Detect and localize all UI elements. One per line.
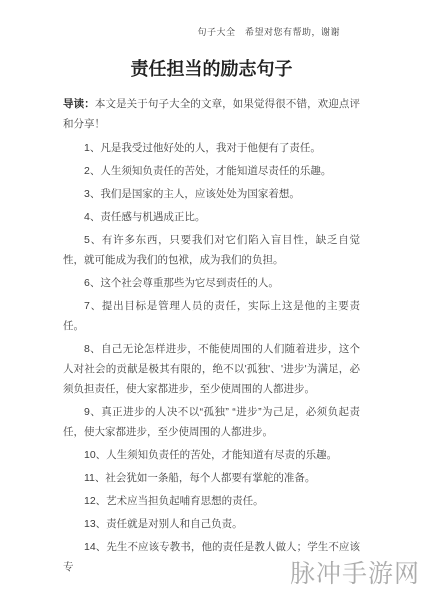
list-item: 1、凡是我受过他好处的人，我对于他便有了责任。 bbox=[63, 138, 360, 158]
list-item: 9、真正进步的人决不以“孤独” “进步”为己足，必须负起责任，使大家都进步，至少… bbox=[63, 402, 360, 442]
article-body: 导读：本文是关于句子大全的文章，如果觉得很不错，欢迎点评和分享！ 1、凡是我受过… bbox=[63, 95, 360, 577]
list-item: 4、责任感与机遇成正比。 bbox=[63, 207, 360, 227]
list-item: 11、社会犹如一条船，每个人都要有掌舵的准备。 bbox=[63, 468, 360, 488]
header-note: 句子大全 希望对您有帮助，谢谢 bbox=[197, 25, 340, 38]
page-title: 责任担当的励志句子 bbox=[0, 57, 423, 81]
intro-label: 导读： bbox=[63, 99, 95, 110]
intro-paragraph: 导读：本文是关于句子大全的文章，如果觉得很不错，欢迎点评和分享！ bbox=[63, 95, 360, 135]
list-item: 10、人生须知负责任的苦处，才能知道有尽责的乐趣。 bbox=[63, 445, 360, 465]
list-item: 12、艺术应当担负起哺育思想的责任。 bbox=[63, 491, 360, 511]
list-item: 7、提出目标是管理人员的责任，实际上这是他的主要责任。 bbox=[63, 296, 360, 336]
site-watermark: 脉冲手游网 bbox=[290, 554, 420, 590]
document-page: 句子大全 希望对您有帮助，谢谢 责任担当的励志句子 导读：本文是关于句子大全的文… bbox=[0, 0, 423, 600]
list-item: 3、我们是国家的主人，应该处处为国家着想。 bbox=[63, 184, 360, 204]
list-item: 13、责任就是对别人和自己负责。 bbox=[63, 514, 360, 534]
list-item: 8、自己无论怎样进步，不能使周围的人们随着进步，这个人对社会的贡献是极其有限的，… bbox=[63, 339, 360, 399]
list-item: 5、有许多东西，只要我们对它们陷入盲目性，缺乏自觉性，就可能成为我们的包袱，成为… bbox=[63, 230, 360, 270]
list-item: 2、人生须知负责任的苦处，才能知道尽责任的乐趣。 bbox=[63, 161, 360, 181]
intro-text: 本文是关于句子大全的文章，如果觉得很不错，欢迎点评和分享！ bbox=[63, 99, 360, 130]
list-item: 6、这个社会尊重那些为它尽到责任的人。 bbox=[63, 273, 360, 293]
